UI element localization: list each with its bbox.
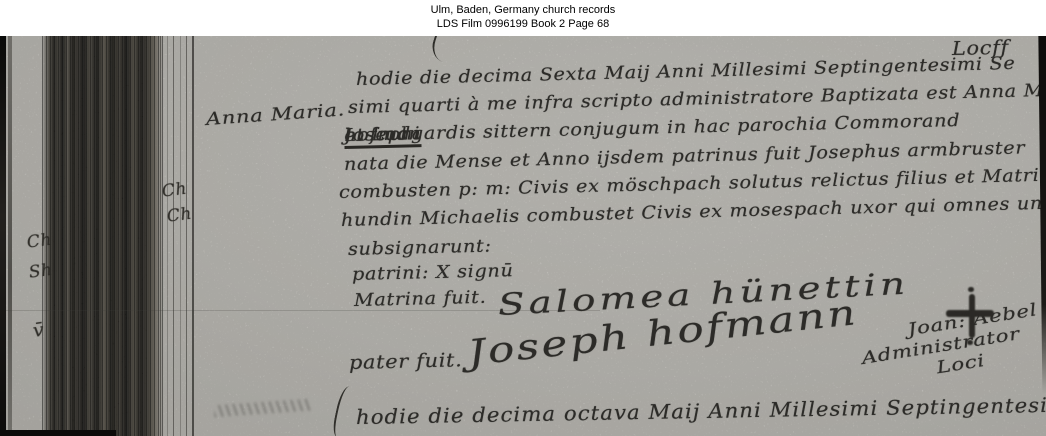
caption-line-1: Ulm, Baden, Germany church records xyxy=(0,3,1046,17)
cross-dot-bottom xyxy=(967,340,973,345)
page-crease-line xyxy=(192,36,194,436)
margin-fragment: Sh xyxy=(28,260,54,283)
faint-smudge xyxy=(214,399,311,418)
signature-flourish-stroke xyxy=(331,385,357,436)
cross-vertical-stroke xyxy=(969,294,975,338)
margin-fragment: Ch xyxy=(166,204,194,227)
film-left-edge xyxy=(0,36,6,436)
margin-fragment: Ch xyxy=(161,179,189,202)
margin-note-name: Anna Maria. xyxy=(205,100,345,130)
page-left-line xyxy=(8,36,12,436)
record-line-8: patrini: X signū xyxy=(352,261,514,285)
margin-fragment: Ch xyxy=(26,230,54,253)
book-binding-gutter xyxy=(42,36,164,436)
next-record-partial-line: hodie die decima octava Maij Anni Milles… xyxy=(356,392,1046,429)
caption-line-2: LDS Film 0996199 Book 2 Page 68 xyxy=(0,17,1046,31)
scanned-church-record: Locff Ch Ch Ch Sh v̄ Anna Maria. hodie d… xyxy=(0,36,1046,436)
binding-streaks xyxy=(160,36,190,436)
bottom-edge-mark xyxy=(0,430,116,436)
cut-off-flourish xyxy=(428,36,462,65)
record-line-9: Matrina fuit. xyxy=(354,288,487,311)
caption-band: Ulm, Baden, Germany church records LDS F… xyxy=(0,3,1046,31)
record-line-3-post: et Ludgardis sittern conjugum in hac par… xyxy=(344,111,960,146)
cross-dot-top xyxy=(968,287,974,292)
pater-label: pater fuit. xyxy=(349,349,463,374)
cross-mark xyxy=(944,292,998,342)
screenshot: Ulm, Baden, Germany church records LDS F… xyxy=(0,0,1046,436)
record-line-7: subsignarunt: xyxy=(348,236,492,260)
